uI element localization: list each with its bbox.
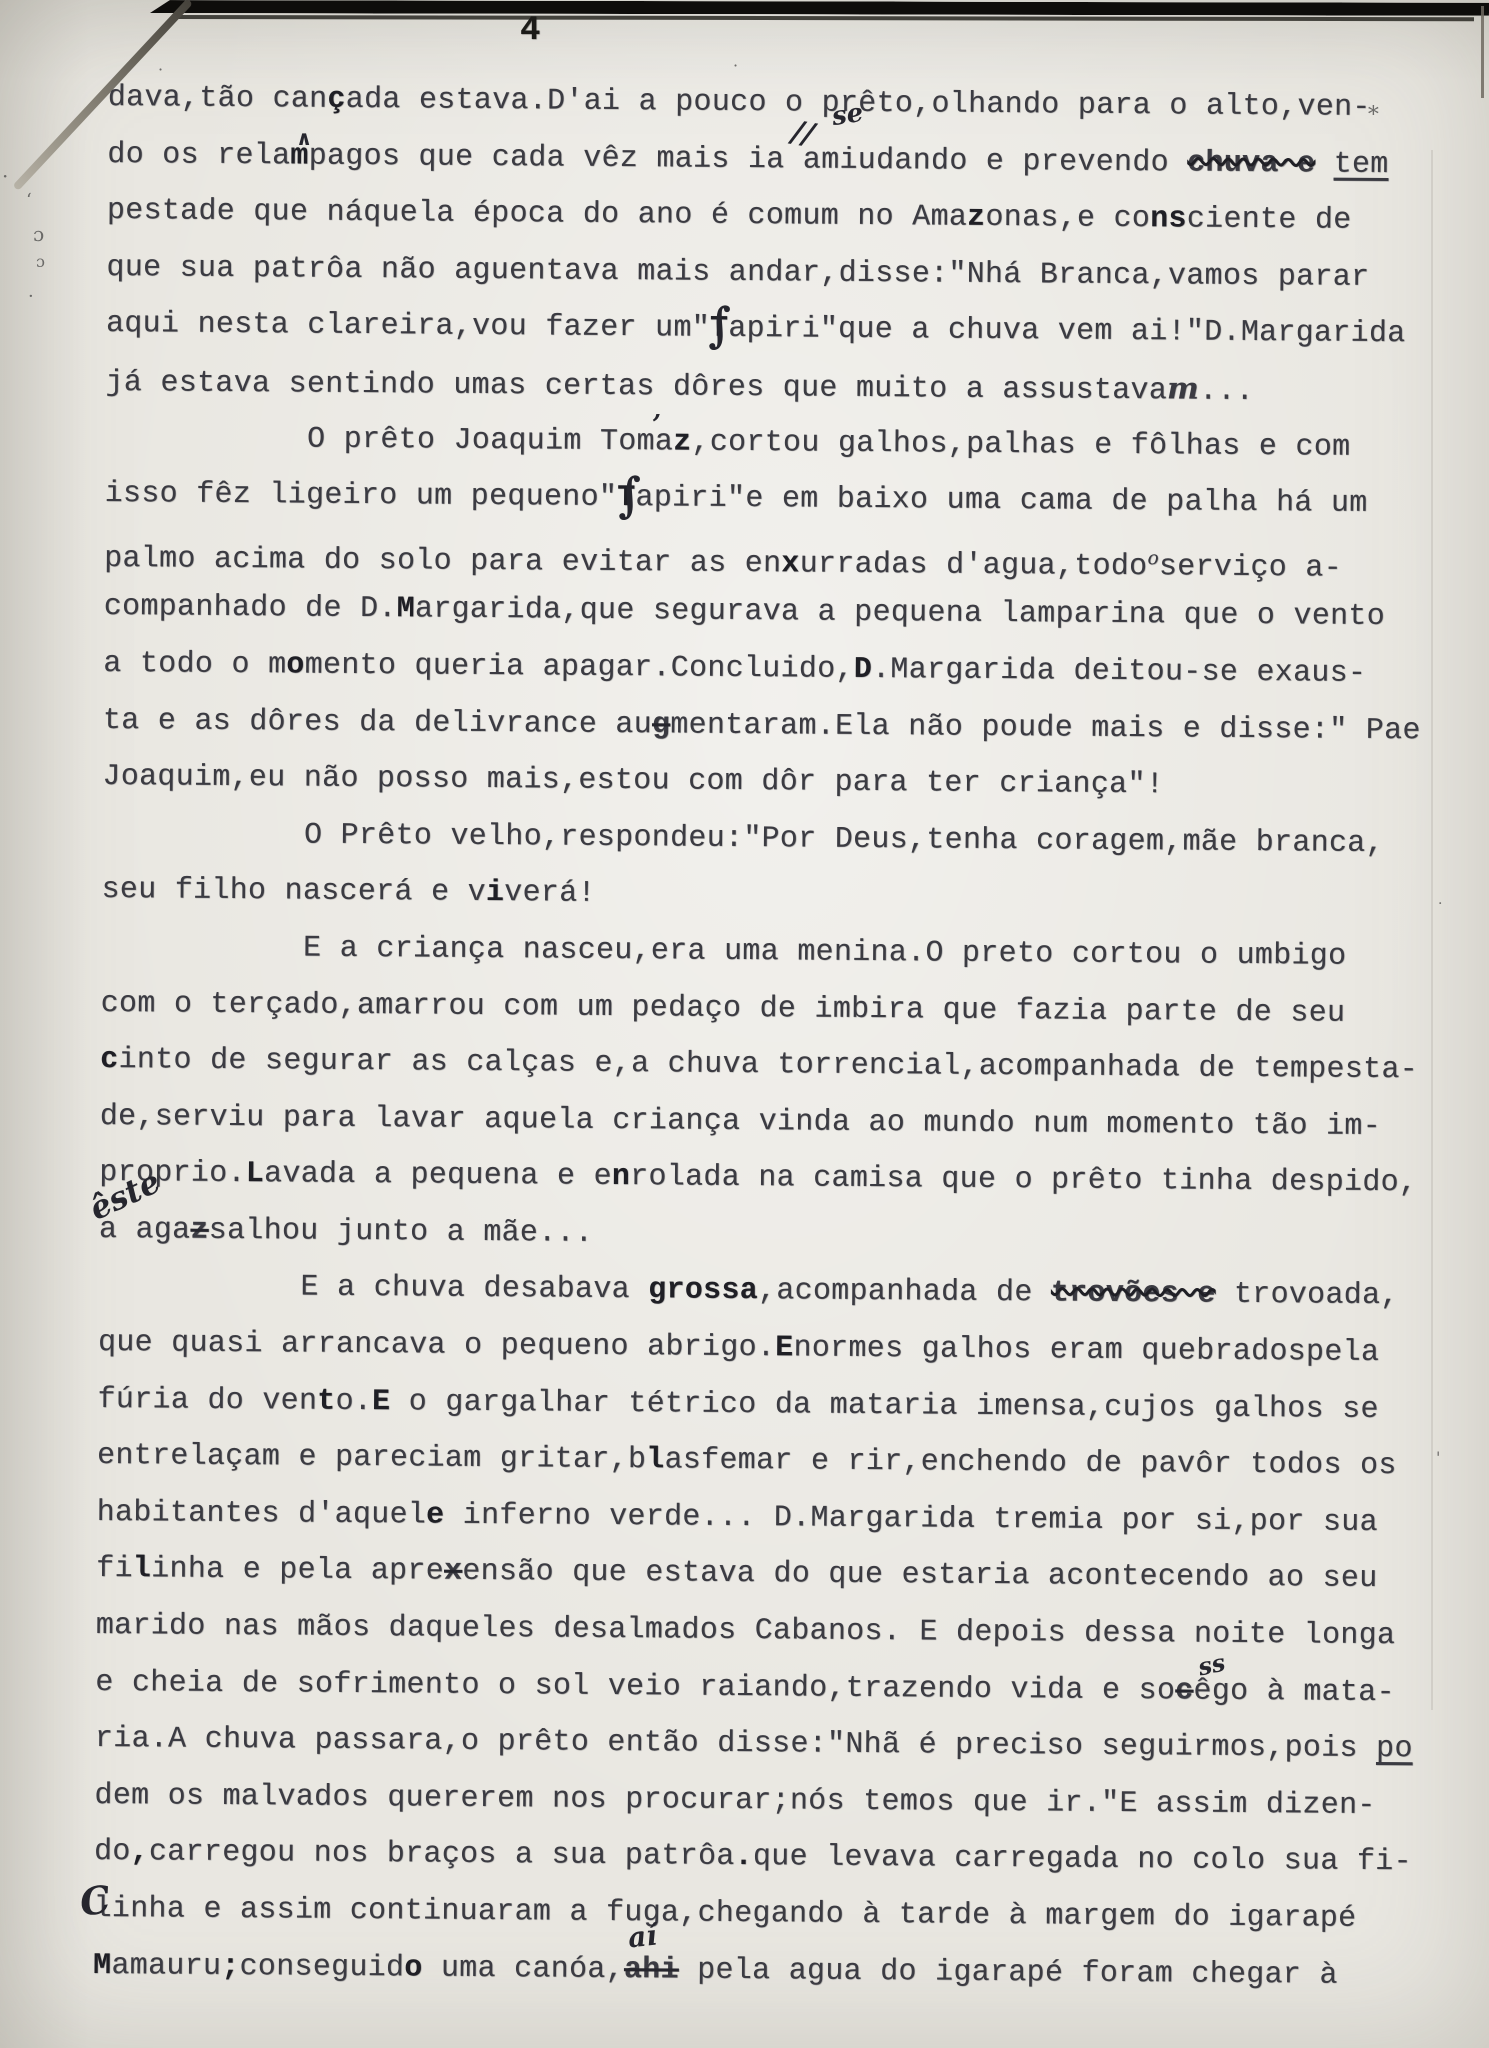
typed-text-segment: amauru <box>111 1949 221 1984</box>
typed-text-segment: trovoada, <box>1215 1278 1398 1313</box>
typed-text-segment: apiri"e em baixo uma cama de palha há um <box>635 481 1367 521</box>
typed-edit-segment: c <box>100 1043 119 1077</box>
typed-edit-segment: x <box>781 547 800 581</box>
typed-line: dem os malvados quererem nos procurar;nó… <box>94 1768 1444 1835</box>
typed-text-segment: entrelaçam e pareciam gritar,b <box>97 1439 646 1477</box>
typed-line: de,serviu para lavar aquela criança vind… <box>100 1089 1450 1156</box>
typed-text-segment: a aga <box>99 1213 191 1248</box>
typed-line: com o terçado,amarrou com um pedaço de i… <box>100 975 1450 1042</box>
typed-edit-segment: . <box>734 1840 753 1874</box>
top-speck-2: · <box>733 56 738 75</box>
edge-speck-1: · <box>2 164 8 188</box>
typed-line: filinha e pela aprexensão que estava do … <box>96 1541 1446 1608</box>
typed-edit-segment: l <box>646 1444 665 1478</box>
typed-text-segment: ... <box>1199 375 1254 409</box>
typed-text-segment: asfemar e rir,enchendo de pavôr todos os <box>664 1444 1396 1484</box>
typed-edit-segment: m <box>290 139 309 173</box>
typed-text-segment: do <box>94 1835 131 1869</box>
typed-edit-segment: g <box>652 708 671 742</box>
typed-edit-segment: T <box>617 481 636 515</box>
page-number: 4 <box>520 12 540 50</box>
typed-edit-segment: E <box>372 1385 391 1419</box>
typed-text-segment <box>1315 147 1334 181</box>
typed-edit-segment: grossa <box>648 1274 758 1309</box>
typed-edit-segment: ; <box>221 1950 240 1984</box>
typed-line: companhado de D.Margarida,que segurava a… <box>104 579 1454 646</box>
typed-line: proprio.Lavada a pequena e enrolada na c… <box>99 1145 1449 1212</box>
typed-edit-segment: , <box>130 1836 149 1870</box>
typed-edit-segment: ns <box>1150 202 1187 236</box>
typed-line: Mamauru;conseguido uma canóa,ahi pela ag… <box>93 1938 1443 2005</box>
typed-line: do,carregou nos braços a sua patrôa.que … <box>94 1824 1444 1891</box>
typed-edit-segment: z <box>673 425 692 459</box>
typed-line: que sua patrôa não aguentava mais andar,… <box>106 240 1456 307</box>
typed-edit-segment: trovões e <box>1051 1277 1216 1312</box>
typed-line: habitantes d'aquele inferno verde... D.M… <box>96 1485 1446 1552</box>
typed-edit-segment: ç <box>327 83 346 117</box>
typed-line: e cheia de sofrimento o sol veio raiando… <box>95 1655 1445 1722</box>
typed-text-segment: onas,e co <box>985 201 1150 236</box>
typed-text-segment: seu filho nascerá e v <box>101 873 486 910</box>
typed-edit-segment: T <box>710 312 729 346</box>
typed-text-segment: E a chuva desabava <box>300 1271 648 1308</box>
scanned-page: 4 dava,tão cançada estava.D'ai a pouco o… <box>0 0 1489 2048</box>
typed-text-segment: já estava sentindo umas certas dôres que… <box>105 366 1167 408</box>
typed-edit-segment: L <box>246 1157 265 1191</box>
typed-edit-segment: po <box>1376 1732 1413 1766</box>
typed-text-segment: o. <box>335 1384 372 1418</box>
typed-text-segment: proprio. <box>99 1156 246 1191</box>
typed-line: O prêto Joaquim Tomaz,cortou galhos,palh… <box>105 410 1455 477</box>
typed-text-segment: linha e assim continuaram a fuga,chegand… <box>93 1892 1356 1936</box>
typed-text-segment: .Margarida deitou-se exaus- <box>872 653 1366 691</box>
typed-text-segment: ciente de <box>1187 203 1352 238</box>
typed-text-segment: into de segurar as calças e,a chuva torr… <box>118 1043 1418 1087</box>
margin-speck-3: ɔ <box>36 252 45 271</box>
page-edge-line <box>1481 6 1484 98</box>
typed-text-segment: uma canóa, <box>422 1951 624 1987</box>
typed-edit-segment: D <box>854 653 873 687</box>
typed-line: marido nas mãos daqueles desalmados Caba… <box>96 1598 1446 1665</box>
typed-edit-segment: M <box>93 1949 112 1983</box>
typed-line: fúria do vento.E o gargalhar tétrico da … <box>97 1372 1447 1439</box>
typed-edit-segment: e <box>426 1498 445 1532</box>
typed-edit-segment: ahi <box>624 1953 679 1987</box>
typed-text-segment: urradas d'agua,todo <box>800 547 1148 584</box>
typed-line: palmo acima do solo para evitar as enxur… <box>104 523 1454 590</box>
typed-text-segment: que quasi arrancava o pequeno abrigo. <box>98 1326 775 1365</box>
typed-text-segment: apiri"que a chuva vem ai!"D.Margarida <box>728 312 1405 351</box>
margin-speck-2: ɔ <box>33 222 44 246</box>
typed-text-segment: companhado de D. <box>104 590 397 626</box>
typed-edit-segment: M <box>396 593 415 627</box>
typed-text-segment: ,acompanhada de <box>758 1275 1051 1311</box>
typed-line: E a chuva desabava grossa,acompanhada de… <box>98 1258 1448 1325</box>
typed-edit-segment: l <box>133 1553 152 1587</box>
typed-text-segment: fi <box>96 1552 133 1586</box>
typed-edit-segment: n <box>612 1160 631 1194</box>
typed-line: linha e assim continuaram a fuga,chegand… <box>93 1881 1443 1948</box>
typed-line: a agazsalhou junto a mãe... <box>99 1202 1449 1269</box>
typed-edit-segment: tem <box>1333 147 1388 181</box>
typed-edit-segment: z <box>190 1214 209 1248</box>
typed-text-segment: verá! <box>504 876 596 911</box>
typed-text-segment: que levava carregada no colo sua fi- <box>753 1841 1412 1880</box>
typed-line: do os relampagos que cada vêz mais ia am… <box>107 127 1457 194</box>
typed-edit-segment: o <box>1147 548 1159 569</box>
typed-text-segment: dava,tão can <box>108 81 328 117</box>
typed-line: a todo o momento queria apagar.Concluido… <box>103 636 1453 703</box>
typed-text-segment: ada estava.D'ai a pouco o prêto,olhando … <box>346 83 1371 125</box>
margin-speck-4: · <box>28 286 34 307</box>
typed-text-segment: do os rela <box>107 138 290 173</box>
typed-edit-segment: z <box>967 201 986 235</box>
typed-line: já estava sentindo umas certas dôres que… <box>105 353 1455 420</box>
typed-text-segment: o gargalhar tétrico da mataria imensa,cu… <box>390 1385 1379 1427</box>
typed-text-segment: pela agua do igarapé foram chegar à <box>679 1953 1338 1992</box>
typed-text-segment: Joaquim,eu não posso mais,estou com dôr … <box>102 760 1164 802</box>
typed-text-segment: O Prêto velho,respondeu:"Por Deus,tenha … <box>304 818 1384 860</box>
typed-text-segment: argarida,que segurava a pequena lamparin… <box>415 593 1385 635</box>
typed-line: isso fêz ligeiro um pequeno"Tapiri"e em … <box>104 466 1454 533</box>
typed-text-segment: a todo o m <box>103 647 286 682</box>
typed-line: cinto de segurar as calças e,a chuva tor… <box>100 1032 1450 1099</box>
typed-text-segment: O prêto Joaquim Toma <box>307 422 673 459</box>
typed-text-segment: êgo à mata- <box>1193 1674 1395 1710</box>
typed-edit-segment: o <box>286 648 305 682</box>
typed-text-segment: serviço a- <box>1159 550 1342 585</box>
typed-line: ta e as dôres da delivrance augmentaram.… <box>103 693 1453 760</box>
scan-top-bar-thin <box>172 15 1474 21</box>
typed-text-segment: carregou nos braços a sua patrôa <box>149 1836 735 1875</box>
typed-line: seu filho nascerá e viverá! <box>101 862 1451 929</box>
typed-text-segment: habitantes d'aquel <box>97 1496 427 1533</box>
typed-line: ria.A chuva passara,o prêto então disse:… <box>95 1711 1445 1778</box>
typed-text-segment: normes galhos eram quebradospela <box>793 1331 1379 1370</box>
typed-edit-segment: m <box>1167 371 1199 406</box>
typed-edit-segment: x <box>444 1555 463 1589</box>
typed-line: entrelaçam e pareciam gritar,blasfemar e… <box>97 1428 1447 1495</box>
typed-edit-segment: o <box>404 1951 423 1985</box>
typed-text-segment: com o terçado,amarrou com um pedaço de i… <box>101 986 1346 1030</box>
typed-text-segment: marido nas mãos daqueles desalmados Caba… <box>96 1609 1396 1653</box>
typed-line: pestade que náquela época do ano é comum… <box>107 183 1457 250</box>
typed-text-segment: aqui nesta clareira,vou fazer um" <box>106 307 710 346</box>
typed-text-segment: pestade que náquela época do ano é comum… <box>107 194 967 235</box>
typed-text-segment: ensão que estava do que estaria acontece… <box>462 1555 1377 1596</box>
typed-edit-segment: E <box>775 1331 794 1365</box>
typed-text-segment: salhou junto a mãe... <box>209 1214 594 1251</box>
typed-text-segment: dem os malvados quererem nos procurar;nó… <box>94 1779 1375 1823</box>
typed-text-segment: que sua patrôa não aguentava mais andar,… <box>106 251 1369 295</box>
typed-line: aqui nesta clareira,vou fazer um"Tapiri"… <box>106 296 1456 363</box>
margin-speck-1: ʻ <box>26 190 32 211</box>
typed-text-segment: avada a pequena e e <box>264 1158 612 1195</box>
typed-text-segment: inferno verde... D.Margarida tremia por … <box>444 1499 1378 1540</box>
typed-text-segment: inha e pela apre <box>151 1553 444 1589</box>
typed-edit-segment: i <box>486 876 505 910</box>
typed-text: dava,tão cançada estava.D'ai a pouco o p… <box>93 70 1458 2005</box>
typed-line: Joaquim,eu não posso mais,estou com dôr … <box>102 749 1452 816</box>
typed-text-segment: de,serviu para lavar aquela criança vind… <box>100 1100 1381 1144</box>
typed-line: O Prêto velho,respondeu:"Por Deus,tenha … <box>102 806 1452 873</box>
typed-text-segment: mento queria apagar.Concluido, <box>305 649 854 687</box>
typed-line: E a criança nasceu,era uma menina.O pret… <box>101 919 1451 986</box>
typed-edit-segment: t <box>317 1384 336 1418</box>
typed-text-segment: E a criança nasceu,era uma menina.O pret… <box>303 931 1347 973</box>
scan-top-bar <box>150 0 1489 16</box>
typed-line: que quasi arrancava o pequeno abrigo.Eno… <box>98 1315 1448 1382</box>
typed-line: dava,tão cançada estava.D'ai a pouco o p… <box>108 70 1458 137</box>
typed-edit-segment: chuva e <box>1187 146 1315 181</box>
typed-text-segment: fúria do ven <box>97 1383 317 1419</box>
typed-text-segment: rolada na camisa que o prêto tinha despi… <box>630 1160 1417 1200</box>
typed-edit-segment: c <box>1175 1674 1194 1708</box>
typed-text-segment: isso fêz ligeiro um pequeno" <box>105 477 618 515</box>
typed-text-segment: ,cortou galhos,palhas e fôlhas e com <box>691 425 1350 464</box>
typed-text-segment: ta e as dôres da delivrance au <box>103 704 652 742</box>
typed-text-segment: conseguid <box>239 1950 404 1985</box>
typed-text-segment: mentaram.Ela não poude mais e disse:" Pa… <box>670 708 1421 748</box>
typed-text-segment: ria.A chuva passara,o prêto então disse:… <box>95 1722 1376 1766</box>
typed-text-segment: pagos que cada vêz mais ia amiudando e p… <box>309 139 1188 180</box>
typed-text-segment: e cheia de sofrimento o sol veio raiando… <box>95 1666 1175 1708</box>
typed-text-segment: palmo acima do solo para evitar as en <box>104 542 781 581</box>
